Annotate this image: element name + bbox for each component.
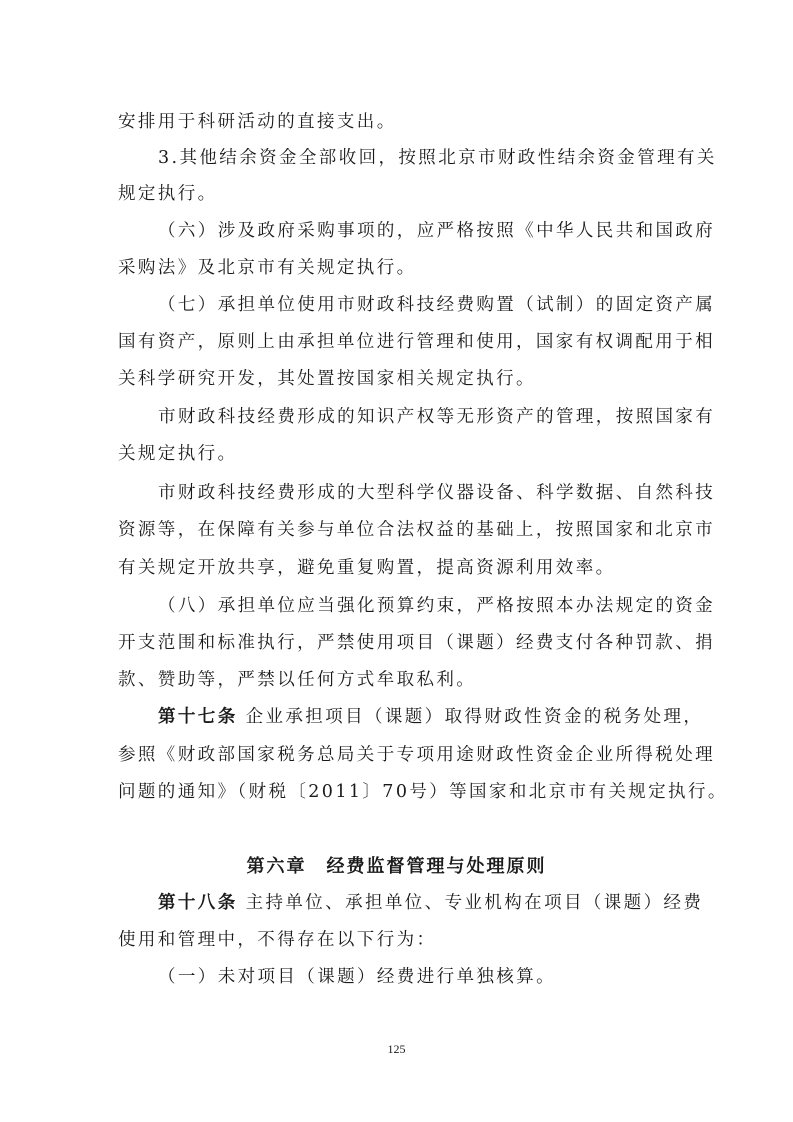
paragraph-line: 市财政科技经费形成的知识产权等无形资产的管理，按照国家有 (158, 406, 678, 428)
paragraph-line: 问题的通知》（财税〔2011〕70号）等国家和北京市有关规定执行。 (118, 781, 678, 803)
paragraph-line: 有关规定开放共享，避免重复购置，提高资源利用效率。 (118, 557, 678, 579)
paragraph-line: 资源等，在保障有关参与单位合法权益的基础上，按照国家和北京市 (118, 519, 678, 541)
page-number: 125 (0, 1042, 793, 1057)
article-17-line: 第十七条 企业承担项目（课题）取得财政性资金的税务处理， (158, 706, 678, 728)
paragraph-line: 安排用于科研活动的直接支出。 (118, 111, 678, 133)
paragraph-line: （六）涉及政府采购事项的，应严格按照《中华人民共和国政府 (158, 220, 678, 242)
paragraph-line: 使用和管理中，不得存在以下行为： (118, 929, 678, 951)
paragraph-line: 3.其他结余资金全部收回，按照北京市财政性结余资金管理有关 (158, 147, 678, 169)
article-label: 第十七条 (158, 707, 238, 727)
paragraph-line: 款、赞助等，严禁以任何方式牟取私利。 (118, 669, 678, 691)
article-text: 企业承担项目（课题）取得财政性资金的税务处理， (238, 707, 704, 727)
paragraph-line: 关科学研究开发，其处置按国家相关规定执行。 (118, 368, 678, 390)
article-text: 主持单位、承担单位、专业机构在项目（课题）经费 (238, 893, 704, 913)
paragraph-line: 采购法》及北京市有关规定执行。 (118, 257, 678, 279)
chapter-heading: 第六章 经费监督管理与处理原则 (0, 852, 793, 878)
paragraph-line: 关规定执行。 (118, 443, 678, 465)
paragraph-line: 参照《财政部国家税务总局关于专项用途财政性资金企业所得税处理 (118, 744, 678, 766)
paragraph-line: （七）承担单位使用市财政科技经费购置（试制）的固定资产属 (158, 294, 678, 316)
paragraph-line: （八）承担单位应当强化预算约束，严格按照本办法规定的资金 (158, 595, 678, 617)
paragraph-line: （一）未对项目（课题）经费进行单独核算。 (158, 966, 678, 988)
article-label: 第十八条 (158, 893, 238, 913)
article-18-line: 第十八条 主持单位、承担单位、专业机构在项目（课题）经费 (158, 892, 678, 914)
paragraph-line: 市财政科技经费形成的大型科学仪器设备、科学数据、自然科技 (158, 482, 678, 504)
paragraph-line: 国有资产，原则上由承担单位进行管理和使用，国家有权调配用于相 (118, 331, 678, 353)
paragraph-line: 规定执行。 (118, 183, 678, 205)
paragraph-line: 开支范围和标准执行，严禁使用项目（课题）经费支付各种罚款、捐 (118, 632, 678, 654)
